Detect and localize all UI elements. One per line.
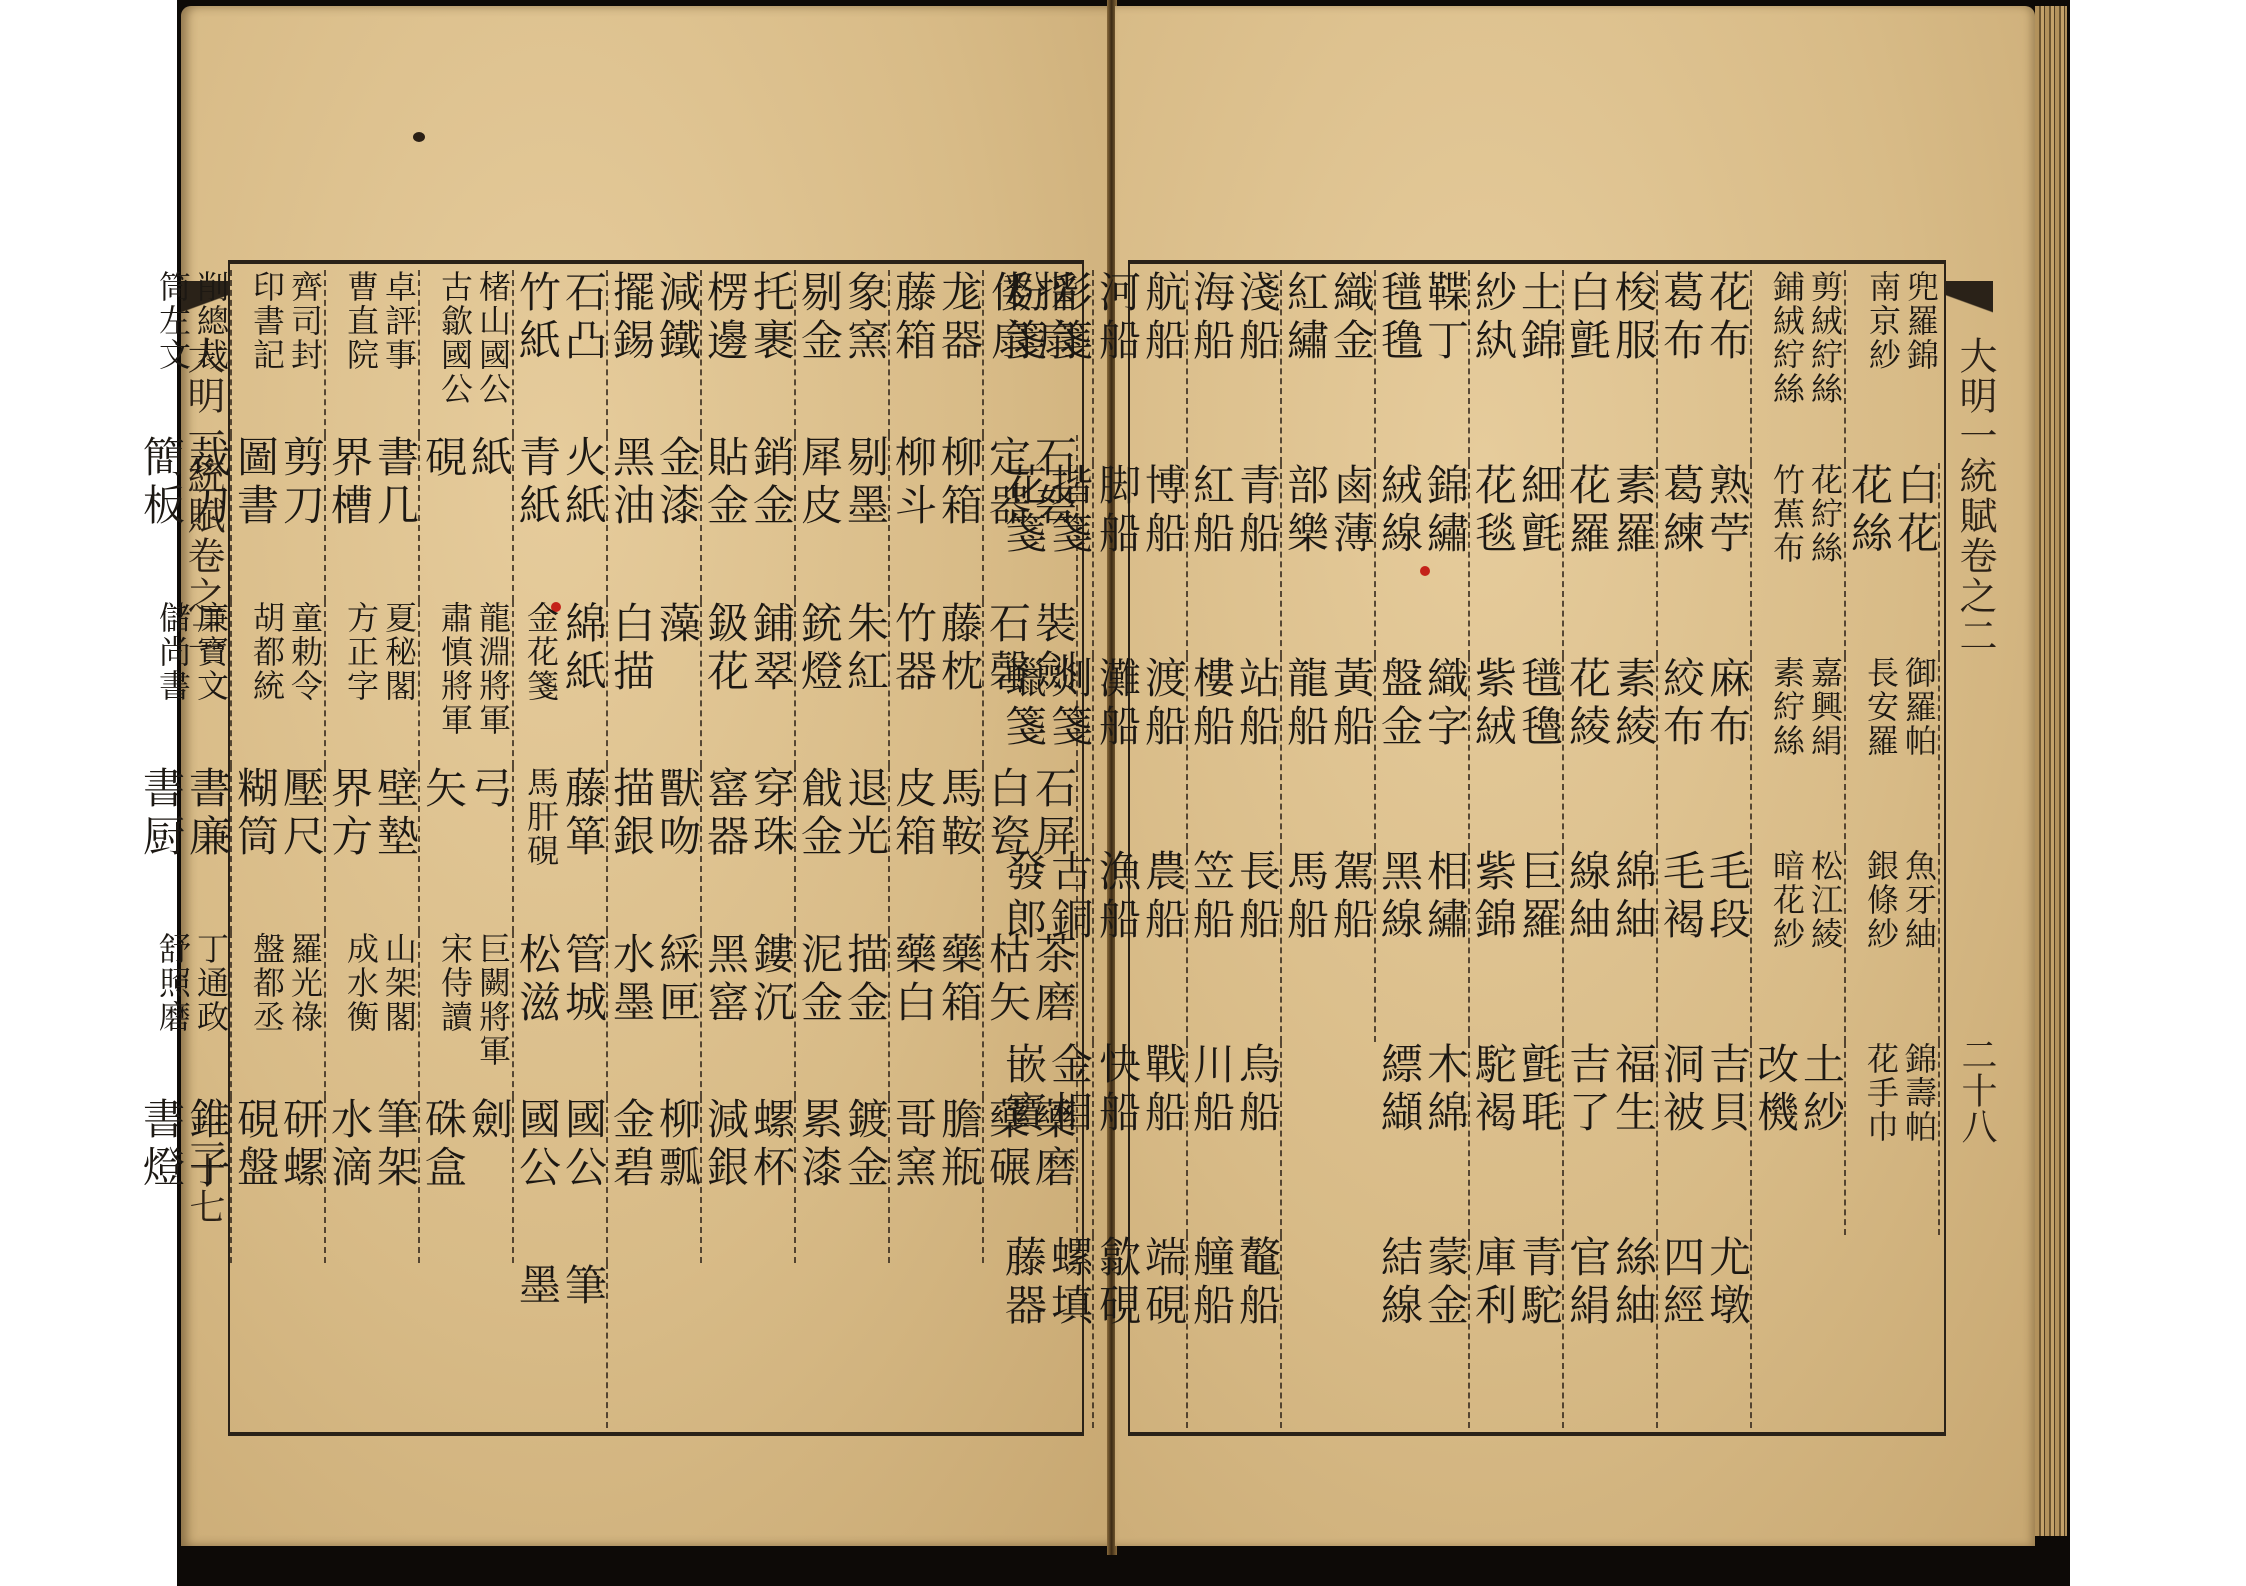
- text-cell: 壁墊界方: [326, 766, 420, 931]
- term: 青紙: [514, 435, 560, 600]
- term: 吉了: [1564, 1042, 1610, 1235]
- text-cell: 剔墨犀皮: [796, 435, 890, 600]
- term: 尨器: [936, 270, 982, 435]
- text-cell: 鋪翠鈒花: [702, 601, 796, 766]
- term: 剡箋: [1046, 656, 1092, 849]
- term: 犀皮: [796, 435, 842, 600]
- term: 花布: [1704, 270, 1750, 463]
- term: 官絹: [1564, 1235, 1610, 1428]
- term: 筆架: [372, 1097, 418, 1262]
- term: 長安羅: [1862, 656, 1900, 849]
- term: 長船: [1234, 849, 1280, 1042]
- term: 蒙金: [1422, 1235, 1468, 1428]
- term: 洞被: [1658, 1042, 1704, 1235]
- term: 脚船: [1094, 463, 1140, 656]
- text-cell: 氈毦駝褐: [1470, 1042, 1564, 1235]
- term: 灘船: [1094, 656, 1140, 849]
- term: 描銀: [608, 766, 654, 931]
- term: 窰器: [702, 766, 748, 931]
- term: 馬肝硯: [522, 766, 560, 931]
- term: 紅繡: [1282, 270, 1328, 463]
- term: 兜羅錦: [1902, 270, 1940, 463]
- term: 黑線: [1376, 849, 1422, 1042]
- text-cell: 藤箪馬肝硯: [514, 766, 608, 931]
- term: 素羅: [1610, 463, 1656, 656]
- term: 藤箱: [890, 270, 936, 435]
- term: 螺填: [1046, 1235, 1092, 1428]
- term: 印書記: [248, 270, 286, 435]
- term: 福生: [1610, 1042, 1656, 1235]
- term: 土紗: [1798, 1042, 1844, 1235]
- text-cell: 管城松滋: [514, 932, 608, 1097]
- term: 馬鞍: [936, 766, 982, 931]
- text-cell: 花布葛布: [1658, 270, 1752, 463]
- term: 藻: [654, 601, 700, 766]
- term: 吉貝: [1704, 1042, 1750, 1235]
- term: 肅慎將軍: [436, 601, 474, 766]
- term: 丁通政: [192, 932, 230, 1097]
- text-cell: 博船脚船: [1094, 463, 1188, 656]
- term: 河船: [1094, 270, 1140, 463]
- text-cell: 壓尺糊筒: [232, 766, 326, 931]
- text-cell: 龍淵將軍肅慎將軍: [420, 601, 514, 766]
- term: 柳箱: [936, 435, 982, 600]
- term: 盤都丞: [248, 932, 286, 1097]
- term: 戧金: [796, 766, 842, 931]
- term: 黑油: [608, 435, 654, 600]
- text-cell: 魚牙紬銀條紗: [1846, 849, 1940, 1042]
- text-cell: 綿紙金花箋: [514, 601, 608, 766]
- text-cell: 筆墨: [514, 1263, 608, 1428]
- term: 相繡: [1422, 849, 1468, 1042]
- text-cell: 吉貝洞被: [1658, 1042, 1752, 1235]
- term: 描金: [842, 932, 888, 1097]
- text-cell: 錐子書燈: [138, 1097, 232, 1262]
- term: 揩箋: [1046, 463, 1092, 656]
- term: 氆氌: [1516, 656, 1562, 849]
- text-cell: 減鐵擺錫: [608, 270, 702, 435]
- term: 金相: [1046, 1042, 1092, 1235]
- text-cell: 金漆黑油: [608, 435, 702, 600]
- term: 麻布: [1704, 656, 1750, 849]
- text-cell: 嘉興絹素紵絲: [1752, 656, 1846, 849]
- term: 素紵絲: [1768, 656, 1806, 849]
- text-cell: 鼇船艟船: [1188, 1235, 1282, 1428]
- term: 錦繡: [1422, 463, 1468, 656]
- term: 川船: [1188, 1042, 1234, 1235]
- term: 剔金: [796, 270, 842, 435]
- term: 古歙國公: [436, 270, 474, 435]
- term: 巨闕將軍: [474, 932, 512, 1097]
- term: 毛褐: [1658, 849, 1704, 1042]
- term: 方正字: [342, 601, 380, 766]
- term: 巨羅: [1516, 849, 1562, 1042]
- term: 木綿: [1422, 1042, 1468, 1235]
- term: 金花箋: [522, 601, 560, 766]
- text-cell: 青駝庫利: [1470, 1235, 1564, 1428]
- text-cell: 藥箱藥白: [890, 932, 984, 1097]
- term: 銀條紗: [1862, 849, 1900, 1042]
- text-cell: 鍍金累漆: [796, 1097, 890, 1262]
- term: 泥金: [796, 932, 842, 1097]
- term: 樓船: [1188, 656, 1234, 849]
- term: 綿紬: [1610, 849, 1656, 1042]
- term: 廉寶文: [192, 601, 230, 766]
- text-cell: 象窯剔金: [796, 270, 890, 435]
- term: 鼇船: [1234, 1235, 1280, 1428]
- left-text-frame: 揩扇倭扇石砮定器裝劍石磬石屏白瓷茶磨枯矢藥磨藥碾尨器藤箱柳箱柳斗藤枕竹器馬鞍皮箱…: [228, 260, 1084, 1436]
- right-page: 大明一統賦卷之二 二十八 兜羅錦南京紗白花花絲御羅帕長安羅魚牙紬銀條紗錦壽帕花手…: [1115, 6, 2035, 1546]
- text-cell: 淺船海船: [1188, 270, 1282, 463]
- term: 結線: [1376, 1235, 1422, 1428]
- term: 龍淵將軍: [474, 601, 512, 766]
- text-cell: 剪刀圖書: [232, 435, 326, 600]
- term: 柳斗: [890, 435, 936, 600]
- book-scan: 大明一統賦卷之二 二十七 揩扇倭扇石砮定器裝劍石磬石屏白瓷茶磨枯矢藥磨藥碾尨器藤…: [177, 0, 2070, 1586]
- term: 儲尚書: [154, 601, 192, 766]
- term: 剔墨: [842, 435, 888, 600]
- text-cell: 土紗改機: [1752, 1042, 1846, 1235]
- term: 氆氇: [1376, 270, 1422, 463]
- text-cell: 揩箋花箋: [1000, 463, 1094, 656]
- open-book: 大明一統賦卷之二 二十七 揩扇倭扇石砮定器裝劍石磬石屏白瓷茶磨枯矢藥磨藥碾尨器藤…: [177, 0, 2070, 1555]
- term: 界方: [326, 766, 372, 931]
- term: 松滋: [514, 932, 560, 1097]
- term: 國公: [560, 1097, 606, 1262]
- term: 藥白: [890, 932, 936, 1097]
- term: 壁墊: [372, 766, 418, 931]
- text-cell: 毛段毛褐: [1658, 849, 1752, 1042]
- term: 淺船: [1234, 270, 1280, 463]
- term: 庫利: [1470, 1235, 1516, 1428]
- right-page-number: 二十八: [1957, 1036, 1995, 1144]
- term: 農船: [1140, 849, 1186, 1042]
- term: 青駝: [1516, 1235, 1562, 1428]
- term: 嘉興絹: [1806, 656, 1844, 849]
- term: 花毯: [1470, 463, 1516, 656]
- text-cell: 農船漁船: [1094, 849, 1188, 1042]
- term: 馬船: [1282, 849, 1328, 1042]
- term: 藤箪: [560, 766, 606, 931]
- term: 硃盒: [420, 1097, 466, 1262]
- term: 象窯: [842, 270, 888, 435]
- term: 松江綾: [1806, 849, 1844, 1042]
- text-cell: 卓評事曹直院: [326, 270, 420, 435]
- text-cell: 相繡黑線: [1376, 849, 1470, 1042]
- term: 綵匣: [654, 932, 700, 1097]
- text-cell: 古銅發郎: [1000, 849, 1094, 1042]
- term: 胡都統: [248, 601, 286, 766]
- term: 竹器: [890, 601, 936, 766]
- term: 青船: [1234, 463, 1280, 656]
- text-cell: 火紙青紙: [514, 435, 608, 600]
- text-cell: 站船樓船: [1188, 656, 1282, 849]
- term: 絨線: [1376, 463, 1422, 656]
- text-cell: 木綿縹纈: [1376, 1042, 1470, 1235]
- text-cell: 膽瓶哥窯: [890, 1097, 984, 1262]
- text-cell: 綿紬線紬: [1564, 849, 1658, 1042]
- text-cell: 尨器藤箱: [890, 270, 984, 435]
- term: 改機: [1752, 1042, 1798, 1235]
- term: 錐子: [184, 1097, 230, 1262]
- term: 螺杯: [748, 1097, 794, 1262]
- term: 快船: [1094, 1042, 1140, 1235]
- term: 發郎: [1000, 849, 1046, 1042]
- term: 舒照磨: [154, 932, 192, 1097]
- term: 葛練: [1658, 463, 1704, 656]
- term: 竹紙: [514, 270, 560, 435]
- text-cell: 柳瓢金碧: [608, 1097, 702, 1262]
- text-cell: 馬鞍皮箱: [890, 766, 984, 931]
- term: 白氈: [1564, 270, 1610, 463]
- text-cell: 烏船川船: [1188, 1042, 1282, 1235]
- term: 界槽: [326, 435, 372, 600]
- term: 航船: [1140, 270, 1186, 463]
- text-cell: 夏秘閣方正字: [326, 601, 420, 766]
- text-cell: 齊司封印書記: [232, 270, 326, 435]
- term: 古銅: [1046, 849, 1092, 1042]
- term: 紫絨: [1470, 656, 1516, 849]
- term: 管城: [560, 932, 606, 1097]
- term: 織字: [1422, 656, 1468, 849]
- text-cell: 渡船灘船: [1094, 656, 1188, 849]
- right-text-grid: 兜羅錦南京紗白花花絲御羅帕長安羅魚牙紬銀條紗錦壽帕花手巾剪絨紵絲鋪絨紵絲花紵絲竹…: [1134, 270, 1940, 1428]
- term: 石凸: [560, 270, 606, 435]
- term: 粉箋: [1000, 270, 1046, 463]
- term: 矢: [420, 766, 466, 931]
- term: 毛段: [1704, 849, 1750, 1042]
- term: 火紙: [560, 435, 606, 600]
- term: 素綾: [1610, 656, 1656, 849]
- term: 書几: [372, 435, 418, 600]
- text-cell: 青船紅船: [1188, 463, 1282, 656]
- fishtail-icon: [1945, 281, 1993, 325]
- term: 藤器: [1000, 1235, 1046, 1428]
- term: 烏船: [1234, 1042, 1280, 1235]
- term: 獸吻: [654, 766, 700, 931]
- text-cell: 尤墩四經: [1658, 1235, 1752, 1428]
- term: 筆: [560, 1263, 606, 1428]
- text-cell: 松江綾暗花紗: [1752, 849, 1846, 1042]
- text-cell: 退光戧金: [796, 766, 890, 931]
- term: 歙硯: [1094, 1235, 1140, 1428]
- term: 嵌寶: [1000, 1042, 1046, 1235]
- text-cell: 鏤沉黑窰: [702, 932, 796, 1097]
- term: 絲紬: [1610, 1235, 1656, 1428]
- term: 水墨: [608, 932, 654, 1097]
- term: 南京紗: [1864, 270, 1902, 463]
- text-cell: 弓矢: [420, 766, 514, 931]
- term: 白花: [1892, 463, 1938, 656]
- term: 硯: [420, 435, 466, 600]
- text-cell: 藤枕竹器: [890, 601, 984, 766]
- term: 楞邊: [702, 270, 748, 435]
- text-cell: 金相嵌寶: [1000, 1042, 1094, 1235]
- text-cell: 裁刀簡板: [138, 435, 232, 600]
- text-cell: 戰船快船: [1094, 1042, 1188, 1235]
- term: 童勅令: [286, 601, 324, 766]
- term: 紅船: [1188, 463, 1234, 656]
- term: 穿珠: [748, 766, 794, 931]
- text-cell: 端硯歙硯: [1094, 1235, 1188, 1428]
- text-cell: 柳箱柳斗: [890, 435, 984, 600]
- term: 筒左文: [154, 270, 192, 435]
- text-cell: 織金紅繡: [1282, 270, 1376, 463]
- term: 壓尺: [278, 766, 324, 931]
- term: 彩箋: [1046, 270, 1092, 463]
- term: 鍍金: [842, 1097, 888, 1262]
- term: 竹蕉布: [1768, 463, 1806, 656]
- text-cell: 楮山國公古歙國公: [420, 270, 514, 435]
- term: 弓: [466, 766, 512, 931]
- page-fore-edge: [2035, 6, 2067, 1536]
- term: 膽瓶: [936, 1097, 982, 1262]
- term: 梭服: [1610, 270, 1656, 463]
- text-cell: 羅光祿盤都丞: [232, 932, 326, 1097]
- left-text-grid: 揩扇倭扇石砮定器裝劍石磬石屏白瓷茶磨枯矢藥磨藥碾尨器藤箱柳箱柳斗藤枕竹器馬鞍皮箱…: [234, 270, 1078, 1428]
- text-cell: 長船笠船: [1188, 849, 1282, 1042]
- text-cell: 綵匣水墨: [608, 932, 702, 1097]
- term: 花手巾: [1862, 1042, 1900, 1235]
- term: 擺錫: [608, 270, 654, 435]
- term: 宋侍讀: [436, 932, 474, 1097]
- text-cell: 航船河船: [1094, 270, 1188, 463]
- term: 黑窰: [702, 932, 748, 1097]
- term: 縹纈: [1376, 1042, 1422, 1235]
- term: 楮山國公: [474, 270, 512, 435]
- text-cell: 書廉書厨: [138, 766, 232, 931]
- term: 藤枕: [936, 601, 982, 766]
- text-cell: 熟苧葛練: [1658, 463, 1752, 656]
- text-cell: 穿珠窰器: [702, 766, 796, 931]
- term: 簡板: [138, 435, 184, 600]
- term: 御羅帕: [1900, 656, 1938, 849]
- text-cell: 剡箋蠟箋: [1000, 656, 1094, 849]
- text-cell: 駕船馬船: [1282, 849, 1376, 1042]
- term: 紗紈: [1470, 270, 1516, 463]
- term: 龍船: [1282, 656, 1328, 849]
- term: 織金: [1328, 270, 1374, 463]
- term: 書廉: [184, 766, 230, 931]
- term: 部樂: [1282, 463, 1328, 656]
- text-cell: 福生吉了: [1564, 1042, 1658, 1235]
- term: 黃船: [1328, 656, 1374, 849]
- term: 花紵絲: [1806, 463, 1844, 656]
- term: 鹵薄: [1328, 463, 1374, 656]
- term: 錦壽帕: [1900, 1042, 1938, 1235]
- term: 紙: [466, 435, 512, 600]
- term: 暗花紗: [1768, 849, 1806, 1042]
- term: 鏤沉: [748, 932, 794, 1097]
- term: 皮箱: [890, 766, 936, 931]
- text-cell: 鞢丁氆氇: [1376, 270, 1470, 463]
- term: 金漆: [654, 435, 700, 600]
- term: 漁船: [1094, 849, 1140, 1042]
- text-cell: 細氈花毯: [1470, 463, 1564, 656]
- text-cell: 石凸竹紙: [514, 270, 608, 435]
- term: 白描: [608, 601, 654, 766]
- text-cell: 錦壽帕花手巾: [1846, 1042, 1940, 1235]
- text-cell: 螺杯減銀: [702, 1097, 796, 1262]
- text-cell: 山架閣成水衡: [326, 932, 420, 1097]
- term: 鞢丁: [1422, 270, 1468, 463]
- term: 銷金: [748, 435, 794, 600]
- term: 柳瓢: [654, 1097, 700, 1262]
- term: 退光: [842, 766, 888, 931]
- term: 戰船: [1140, 1042, 1186, 1235]
- text-cell: 童勅令胡都統: [232, 601, 326, 766]
- term: 削總裁: [192, 270, 230, 435]
- text-cell: 黃船龍船: [1282, 656, 1376, 849]
- term: 熟苧: [1704, 463, 1750, 656]
- term: 花綾: [1564, 656, 1610, 849]
- text-cell: 兜羅錦南京紗: [1846, 270, 1940, 463]
- text-cell: 藻白描: [608, 601, 702, 766]
- term: 鋪絨紵絲: [1768, 270, 1806, 463]
- term: 花箋: [1000, 463, 1046, 656]
- text-cell: 素羅花羅: [1564, 463, 1658, 656]
- left-page: 大明一統賦卷之二 二十七 揩扇倭扇石砮定器裝劍石磬石屏白瓷茶磨枯矢藥磨藥碾尨器藤…: [181, 6, 1111, 1546]
- text-cell: 研螺硯盤: [232, 1097, 326, 1262]
- term: 端硯: [1140, 1235, 1186, 1428]
- text-cell: 鹵薄部樂: [1282, 463, 1376, 656]
- term: 四經: [1658, 1235, 1704, 1428]
- text-cell: 銷金貼金: [702, 435, 796, 600]
- term: 艟船: [1188, 1235, 1234, 1428]
- text-cell: 彩箋粉箋: [1000, 270, 1094, 463]
- term: 紫錦: [1470, 849, 1516, 1042]
- term: 鈒花: [702, 601, 748, 766]
- term: 絞布: [1658, 656, 1704, 849]
- right-banxin-title: 大明一統賦卷之二: [1955, 336, 1995, 656]
- term: 氈毦: [1516, 1042, 1562, 1235]
- text-cell: 獸吻描銀: [608, 766, 702, 931]
- text-cell: 筆架水滴: [326, 1097, 420, 1262]
- term: 累漆: [796, 1097, 842, 1262]
- text-cell: 螺填藤器: [1000, 1235, 1094, 1428]
- right-text-frame: 兜羅錦南京紗白花花絲御羅帕長安羅魚牙紬銀條紗錦壽帕花手巾剪絨紵絲鋪絨紵絲花紵絲竹…: [1128, 260, 1946, 1436]
- term: 糊筒: [232, 766, 278, 931]
- text-cell: 書几界槽: [326, 435, 420, 600]
- term: 剪絨紵絲: [1806, 270, 1844, 463]
- term: 齊司封: [286, 270, 324, 435]
- term: 線紬: [1564, 849, 1610, 1042]
- term: 尤墩: [1704, 1235, 1750, 1428]
- text-cell: 廉寶文儲尚書: [138, 601, 232, 766]
- text-cell: 國公國公: [514, 1097, 608, 1262]
- term: 成水衡: [342, 932, 380, 1097]
- text-cell: 巨羅紫錦: [1470, 849, 1564, 1042]
- term: 卓評事: [380, 270, 418, 435]
- term: 書燈: [138, 1097, 184, 1262]
- term: 托裹: [748, 270, 794, 435]
- text-cell: 剪絨紵絲鋪絨紵絲: [1752, 270, 1846, 463]
- term: 減銀: [702, 1097, 748, 1262]
- text-cell: 素綾花綾: [1564, 656, 1658, 849]
- term: 山架閣: [380, 932, 418, 1097]
- text-cell: 織字盤金: [1376, 656, 1470, 849]
- term: 海船: [1188, 270, 1234, 463]
- term: 圖書: [232, 435, 278, 600]
- term: 書厨: [138, 766, 184, 931]
- term: 羅光祿: [286, 932, 324, 1097]
- term: 駝褐: [1470, 1042, 1516, 1235]
- text-cell: 劍硃盒: [420, 1097, 514, 1262]
- term: 水滴: [326, 1097, 372, 1262]
- term: 哥窯: [890, 1097, 936, 1262]
- text-cell: 紙硯: [420, 435, 514, 600]
- term: 國公: [514, 1097, 560, 1262]
